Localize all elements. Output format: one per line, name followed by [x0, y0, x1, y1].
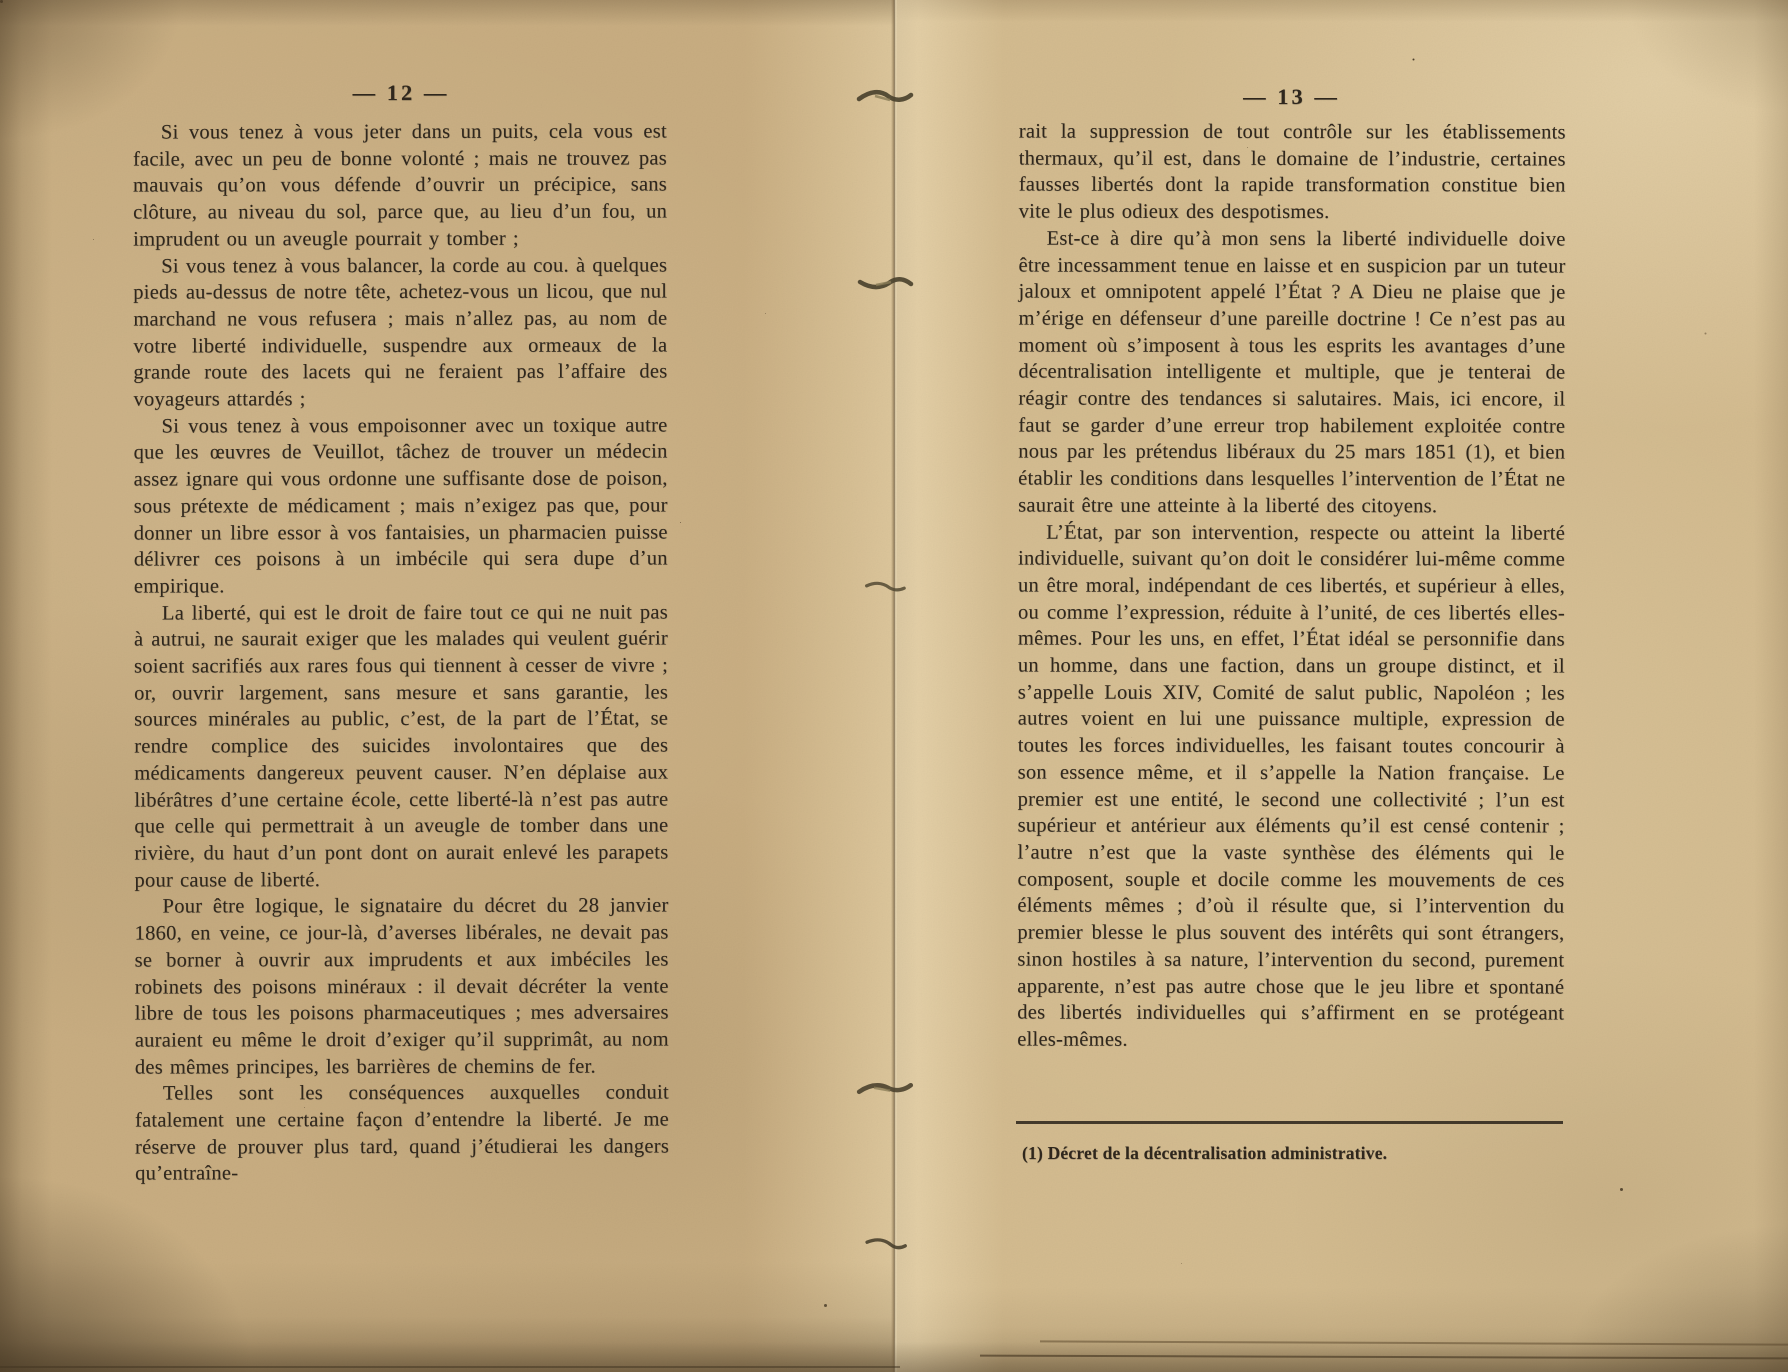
paper-specks: [0, 0, 2, 2]
paragraph: L’État, par son intervention, respecte o…: [1017, 519, 1565, 1054]
spine-crease: [891, 0, 897, 1372]
left-page-body-text: Si vous tenez à vous jeter dans un puits…: [133, 118, 669, 1187]
page-number-left: — 12 —: [134, 80, 668, 106]
paragraph: Si vous tenez à vous jeter dans un puits…: [133, 118, 667, 253]
book-spread-scan: — 12 — Si vous tenez à vous jeter dans u…: [0, 0, 1788, 1372]
paragraph: Pour être logique, le signataire du décr…: [135, 893, 669, 1081]
paragraph: Si vous tenez à vous empoisonner avec un…: [133, 412, 667, 600]
binding-thread-stitch: [856, 272, 914, 294]
paragraph: Est-ce à dire qu’à mon sens la liberté i…: [1018, 225, 1566, 520]
page-number-right: — 13 —: [1018, 84, 1565, 110]
thread-icon: [855, 1076, 914, 1102]
binding-thread-stitch: [855, 1076, 914, 1102]
page-stack-edge: [0, 1366, 900, 1368]
footnote-text: (1) Décret de la décentralisation admini…: [1022, 1143, 1562, 1164]
paragraph: La liberté, qui est le droit de faire to…: [134, 599, 669, 894]
thread-icon: [856, 272, 914, 294]
footnote-separator: [1016, 1121, 1563, 1124]
paragraph: Si vous tenez à vous balancer, la corde …: [133, 252, 667, 413]
thread-icon: [856, 86, 914, 108]
right-page-body-text: rait la suppression de tout contrôle sur…: [1017, 119, 1566, 1055]
paragraph: rait la suppression de tout contrôle sur…: [1019, 119, 1566, 227]
paragraph: Telles sont les conséquences auxquelles …: [135, 1080, 669, 1188]
binding-thread-stitch: [856, 86, 914, 108]
